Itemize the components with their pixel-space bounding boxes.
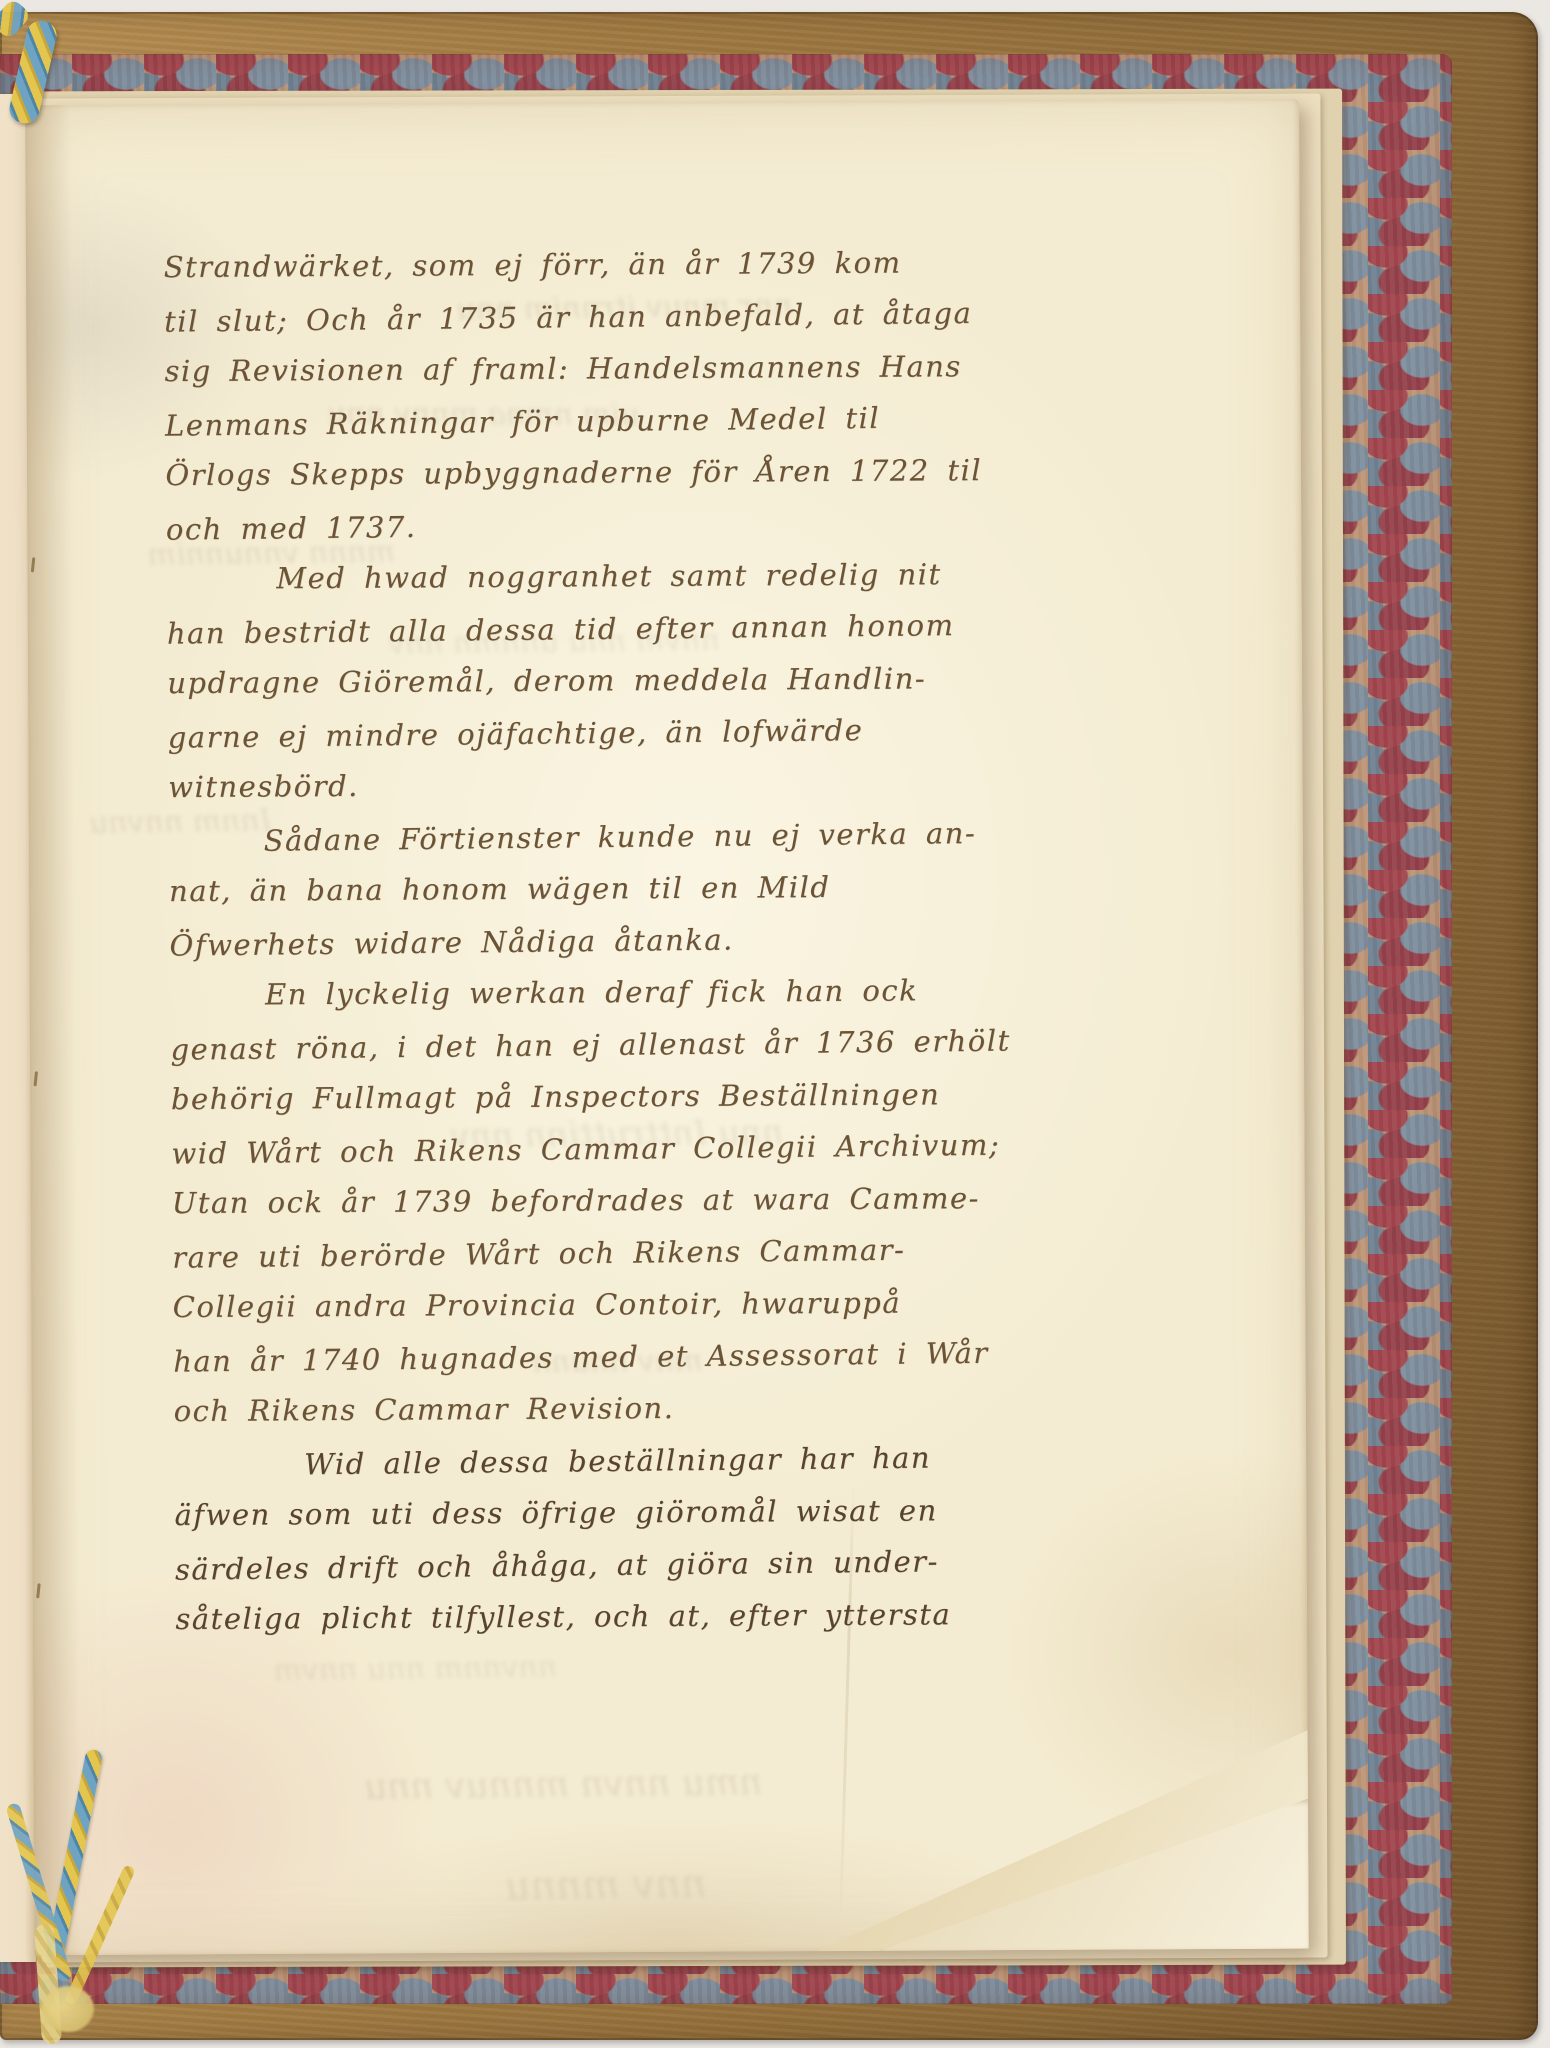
binding-cord-tassel [8,1742,208,2048]
manuscript-line: äfwen som uti dess öfrige giöromål wisat… [174,1482,1254,1541]
manuscript-line: nat, än bana honom wägen til en Mild [169,858,1249,917]
handwritten-text-block: Strandwärket, som ej förr, än år 1739 ko… [163,233,1255,1646]
manuscript-line: Wid alle dessa beställningar har han [304,1428,1255,1490]
manuscript-line: til slut; Och år 1735 är han anbefald, a… [164,284,1244,348]
binding-cord-top [2,8,92,138]
manuscript-line: och Rikens Cammar Revision. [173,1378,1253,1437]
manuscript-line: han år 1740 hugnades med et Assessorat i… [173,1324,1253,1388]
manuscript-line: Öfwerhets widare Nådiga åtanka. [169,908,1249,972]
manuscript-line: Sådane Förtienster kunde nu ej verka an- [263,804,1249,867]
bleedthrough-line: nmu nnvn mnnuv nnu [364,1762,763,1808]
manuscript-line: sig Revisionen af framl: Handelsmannens … [164,338,1244,397]
bleedthrough-line: nnv mnnu [504,1861,707,1909]
bleedthrough-line: nnvnnm nnu nnvm [273,1650,557,1688]
manuscript-line: Collegii andra Provincia Contoir, hwarup… [173,1274,1253,1333]
manuscript-line: såteliga plicht tilfyllest, och at, efte… [175,1586,1255,1645]
manuscript-line: han bestridt alla dessa tid efter annan … [167,596,1247,660]
manuscript-line: Örlogs Skepps upbyggnaderne för Åren 172… [165,442,1245,501]
manuscript-line: garne ej mindre ojäfachtige, än lofwärde [167,700,1247,764]
manuscript-line: Utan ock år 1739 befordrades at wara Cam… [172,1170,1252,1229]
manuscript-line: wid Wårt och Rikens Cammar Collegii Arch… [171,1116,1251,1180]
manuscript-line: Lenmans Räkningar för upburne Medel til [165,388,1245,452]
manuscript-line: genast röna, i det han ej allenast år 17… [170,1012,1250,1076]
manuscript-line: Med hwad noggranhet samt redelig nit [276,546,1246,604]
manuscript-line: rare uti berörde Wårt och Rikens Cammar- [172,1220,1252,1284]
scanner-background: { "document": { "kind": "handwritten-man… [0,0,1550,2048]
manuscript-page: nnr mnuv itrnnim nnuuim nmna mnnv nnumnn… [25,99,1309,1956]
manuscript-line: updragne Giöremål, derom meddela Handlin… [167,650,1247,709]
manuscript-line: witnesbörd. [168,754,1248,813]
manuscript-line: särdeles drift och åhåga, at giöra sin u… [175,1532,1255,1596]
cord-fray-blob [42,1986,94,2032]
manuscript-line: behörig Fullmagt på Inspectors Beställni… [171,1066,1251,1125]
manuscript-line: och med 1737. [166,492,1246,556]
manuscript-line: Strandwärket, som ej förr, än år 1739 ko… [163,235,1243,294]
manuscript-line: En lyckelig werkan deraf fick han ock [265,962,1250,1020]
